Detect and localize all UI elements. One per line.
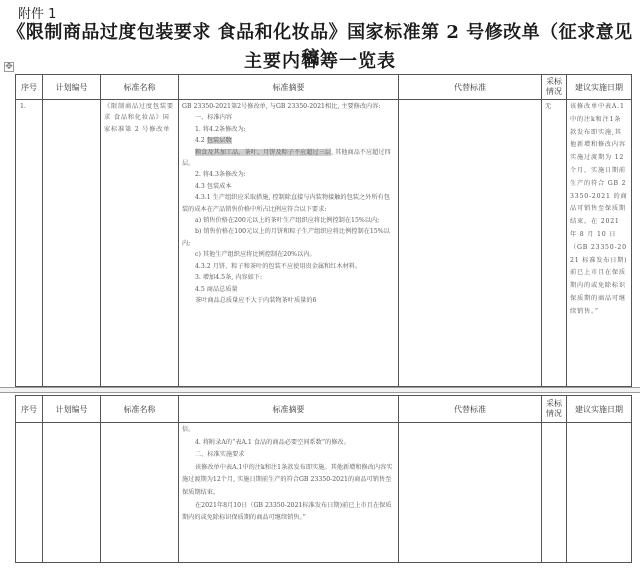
summary-section-2: 二、标准实施要求 bbox=[182, 449, 395, 462]
header-adoption-line1: 采标 bbox=[546, 399, 562, 408]
header-replaced-std: 代替标准 bbox=[399, 396, 542, 423]
summary-clause-4-2: 4.2 包装层数 bbox=[182, 135, 395, 146]
summary-item-3: 3. 增加4.5条, 内容如下: bbox=[182, 272, 395, 283]
summary-item-1: 1. 将4.2条修改为: bbox=[182, 124, 395, 135]
header-seq: 序号 bbox=[16, 396, 43, 423]
header-plan-no: 计划编号 bbox=[43, 396, 101, 423]
table-row: 1. 《限制商品过度包装要求 食品和化妆品》国家标准第 2 号修改单 GB 23… bbox=[16, 100, 632, 387]
summary-clause-4-3: 4.3 包装成本 bbox=[182, 181, 395, 192]
cell-plan-no bbox=[43, 423, 101, 563]
cell-seq bbox=[16, 423, 43, 563]
header-std-summary: 标准摘要 bbox=[179, 396, 399, 423]
highlighted-text: 粮食及其加工品、茶叶、月饼及粽子不应超过三层 bbox=[195, 149, 331, 156]
summary-clause-4-5-body: 茶叶商品总质量应不大于内装物茶叶质量的6 bbox=[182, 295, 395, 306]
summary-item-2: 2. 将4.3条修改为: bbox=[182, 169, 395, 180]
table-move-handle-icon[interactable]: ✥ bbox=[4, 62, 14, 72]
cell-std-name: 《限制商品过度包装要求 食品和化妆品》国家标准第 2 号修改单 bbox=[101, 100, 179, 387]
header-impl-date: 建议实施日期 bbox=[567, 396, 632, 423]
document-subtitle: 主要内容等一览表 bbox=[0, 47, 640, 73]
summary-clause-4-5: 4.5 商品总质量 bbox=[182, 284, 395, 295]
summary-clause-4-3-2: 4.3.2 月饼、粽子和茶叶的包装不应使用贵金属和红木材料。 bbox=[182, 261, 395, 272]
cell-impl-date: 该修改单中表A.1中的注k和注1条款发布即实施,其他新增和修改内容实施过渡期为 … bbox=[567, 100, 632, 387]
cell-std-summary-continued: 倍。 4. 将附录A的“表A.1 食品的商品必要空间系数”的修改。 二、标准实施… bbox=[179, 423, 399, 563]
summary-item-4: 4. 将附录A的“表A.1 食品的商品必要空间系数”的修改。 bbox=[182, 437, 395, 450]
cell-std-summary: GB 23350-2021第2号修改单, 与GB 23350-2021相比, 主… bbox=[179, 100, 399, 387]
header-adoption: 采标情况 bbox=[542, 396, 567, 423]
cell-replaced-std bbox=[399, 423, 542, 563]
summary-impl-requirement: 该修改单中表A.1中的注k和注1条款发布即实施。其他新增和修改内容实施过渡期为1… bbox=[182, 462, 395, 500]
header-replaced-std: 代替标准 bbox=[399, 75, 542, 100]
header-std-name: 标准名称 bbox=[101, 396, 179, 423]
header-std-summary: 标准摘要 bbox=[179, 75, 399, 100]
cell-adoption bbox=[542, 423, 567, 563]
cell-plan-no bbox=[43, 100, 101, 387]
cell-std-name bbox=[101, 423, 179, 563]
summary-table-page2: 序号 计划编号 标准名称 标准摘要 代替标准 采标情况 建议实施日期 倍。 4.… bbox=[15, 395, 632, 563]
summary-clause-a: a) 销售价格在200元以上的茶叶生产组织应将比例控制在15%以内; bbox=[182, 215, 395, 226]
table-header-row: 序号 计划编号 标准名称 标准摘要 代替标准 采标情况 建议实施日期 bbox=[16, 396, 632, 423]
header-std-name: 标准名称 bbox=[101, 75, 179, 100]
header-adoption-line1: 采标 bbox=[546, 77, 562, 86]
table-row-continued: 倍。 4. 将附录A的“表A.1 食品的商品必要空间系数”的修改。 二、标准实施… bbox=[16, 423, 632, 563]
summary-continuation: 倍。 bbox=[182, 424, 395, 437]
summary-section-1: 一、标准内容 bbox=[182, 112, 395, 123]
header-plan-no: 计划编号 bbox=[43, 75, 101, 100]
summary-impl-transition: 在2021年8月10日（GB 23350-2021标准发布日期)前已上市且在保质… bbox=[182, 500, 395, 525]
summary-table-page1: 序号 计划编号 标准名称 标准摘要 代替标准 采标情况 建议实施日期 1. 《限… bbox=[15, 74, 632, 387]
cell-seq: 1. bbox=[16, 100, 43, 387]
page-break-divider bbox=[0, 387, 640, 393]
header-adoption: 采标情况 bbox=[542, 75, 567, 100]
clause-number: 4.2 bbox=[195, 137, 207, 144]
header-adoption-line2: 情况 bbox=[546, 409, 562, 418]
header-adoption-line2: 情况 bbox=[546, 87, 562, 96]
summary-intro: GB 23350-2021第2号修改单, 与GB 23350-2021相比, 主… bbox=[182, 101, 395, 112]
summary-clause-c: c) 其他生产组织应将比例控制在20%以内。 bbox=[182, 249, 395, 260]
cell-adoption: 无 bbox=[542, 100, 567, 387]
highlighted-text: 包装层数 bbox=[207, 137, 232, 144]
cell-replaced-std bbox=[399, 100, 542, 387]
header-seq: 序号 bbox=[16, 75, 43, 100]
header-impl-date: 建议实施日期 bbox=[567, 75, 632, 100]
summary-clause-4-2-body: 粮食及其加工品、茶叶、月饼及粽子不应超过三层, 其他商品不应超过四层。 bbox=[182, 147, 395, 170]
cell-impl-date bbox=[567, 423, 632, 563]
summary-clause-4-3-1: 4.3.1 生产组织应采取措施, 控制除直接与内装物接触的包装之外所有包装的成本… bbox=[182, 192, 395, 215]
table-header-row: 序号 计划编号 标准名称 标准摘要 代替标准 采标情况 建议实施日期 bbox=[16, 75, 632, 100]
summary-clause-b: b) 销售价格在100元以上的月饼和粽子生产组织应将比例控制在15%以内; bbox=[182, 226, 395, 249]
